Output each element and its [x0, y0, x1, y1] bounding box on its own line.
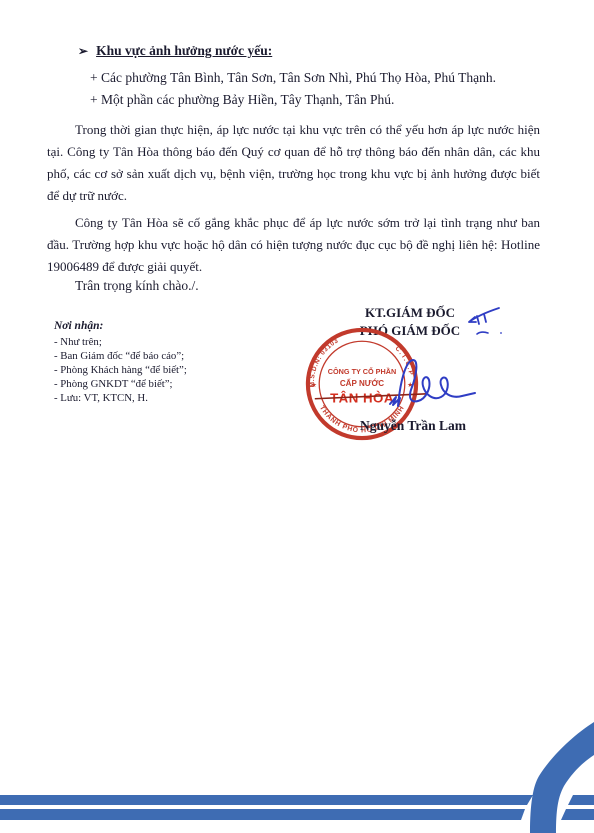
recipients-block: Nơi nhận: - Như trên; - Ban Giám đốc “để… [54, 319, 187, 405]
footer-bar-top [0, 795, 533, 805]
stamp-company-line1: CÔNG TY CỔ PHẦN [328, 366, 397, 376]
recipient-item: - Lưu: VT, KTCN, H. [54, 391, 187, 405]
section-heading: ➢Khu vực ảnh hưởng nước yếu: [78, 43, 272, 59]
stamp-star-left-icon: ★ [311, 382, 317, 389]
footer-bar-bottom [0, 809, 525, 820]
handwritten-signature [388, 352, 478, 414]
closing-salutation: Trân trọng kính chào./. [75, 278, 199, 294]
affected-area-item: + Một phần các phường Bảy Hiền, Tây Thạn… [90, 92, 560, 108]
footer-bar-top-right [568, 795, 594, 805]
recipient-item: - Phòng GNKDT “để biết”; [54, 377, 187, 391]
signer-name: Nguyễn Trần Lam [328, 418, 498, 434]
stamp-company-line2: CẤP NƯỚC [340, 378, 384, 388]
recipients-header: Nơi nhận: [54, 319, 187, 333]
footer-decoration [0, 700, 594, 833]
section-heading-text: Khu vực ảnh hưởng nước yếu: [96, 43, 272, 58]
recipient-item: - Ban Giám đốc “để báo cáo”; [54, 349, 187, 363]
body-paragraph: Trong thời gian thực hiện, áp lực nước t… [47, 119, 540, 207]
arrow-bullet-icon: ➢ [78, 44, 88, 59]
recipient-item: - Phòng Khách hàng “để biết”; [54, 363, 187, 377]
affected-area-item: + Các phường Tân Bình, Tân Sơn, Tân Sơn … [90, 70, 560, 86]
body-paragraph: Công ty Tân Hòa sẽ cố gắng khắc phục để … [47, 212, 540, 278]
footer-bar-bottom-right [561, 809, 594, 820]
signature-initials-mark [455, 304, 505, 340]
recipient-item: - Như trên; [54, 335, 187, 349]
